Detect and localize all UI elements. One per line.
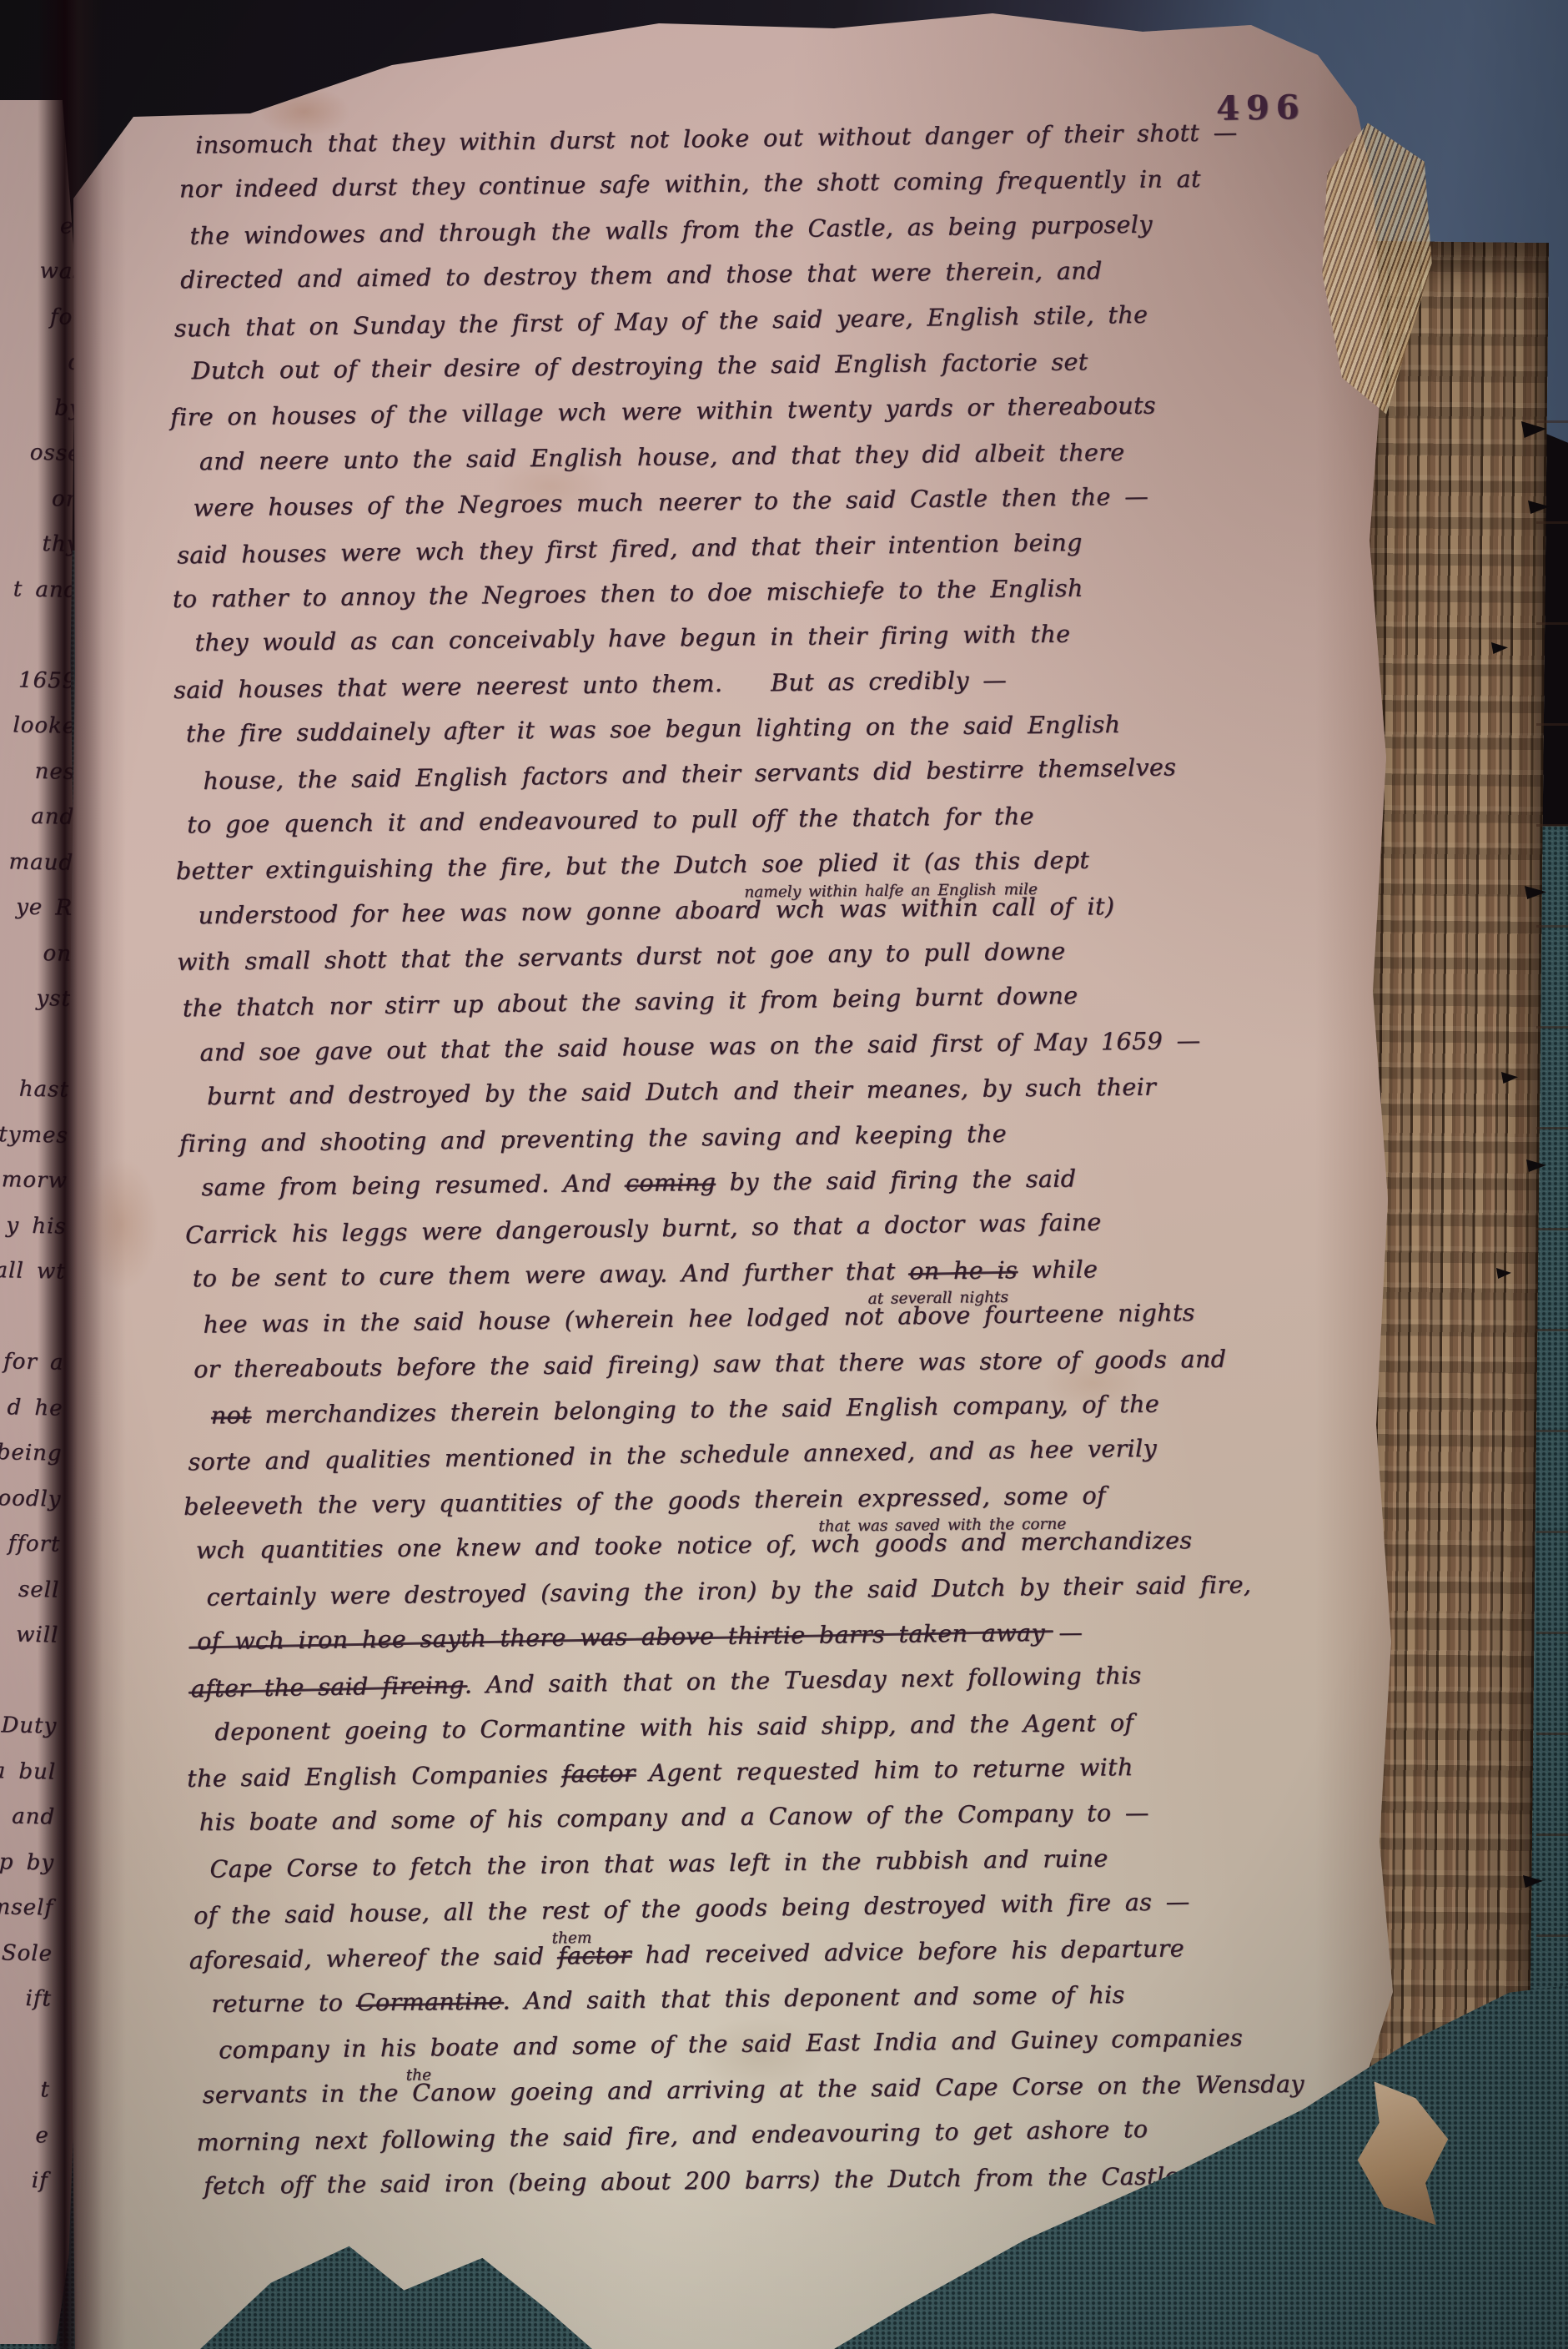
handwritten-text: while [1018, 1255, 1098, 1284]
interlinear-insertion: namely within halfe an English mile [744, 881, 1038, 902]
handwritten-text: insomuch that they within durst not look… [195, 118, 1238, 158]
interlinear-insertion: at severall nights [867, 1289, 1008, 1308]
handwritten-text: Agent requested him to returne with [636, 1753, 1133, 1787]
manuscript-page: 496 insomuch that they within durst not … [58, 7, 1410, 2349]
photograph-of-manuscript: seswasfordbyosseonthyt and1659lookenesan… [0, 0, 1568, 2349]
struck-through-text: coming [626, 1169, 716, 1197]
interlinear-insertion: that was saved with the corne [818, 1516, 1066, 1536]
handwritten-text: aforesaid, whereof the said [189, 1942, 558, 1974]
handwritten-text: the said English Companies [187, 1760, 562, 1792]
outer-leaf-edge [1536, 350, 1568, 2035]
handwritten-text: by the said firing the said [716, 1164, 1077, 1195]
interlinear-insertion: the [406, 2066, 432, 2084]
handwritten-text: same from being resumed. And [201, 1169, 626, 1201]
handwritten-text: had received advice before his departure [631, 1934, 1184, 1969]
interlinear-insertion: them [551, 1929, 591, 1948]
struck-through-text: factor [561, 1759, 636, 1788]
struck-through-text: Cormantine [357, 1988, 503, 2017]
struck-through-text: not [211, 1401, 252, 1430]
handwritten-text: . And saith that this deponent and some … [502, 1981, 1124, 2015]
struck-through-text: after the said fireing [191, 1672, 465, 1703]
struck-through-text: on he is [909, 1256, 1018, 1285]
manuscript-text-block: insomuch that they within durst not look… [167, 117, 1401, 2218]
handwritten-text: returne to [211, 1989, 357, 2018]
book-gutter-shadow [38, 0, 103, 2349]
